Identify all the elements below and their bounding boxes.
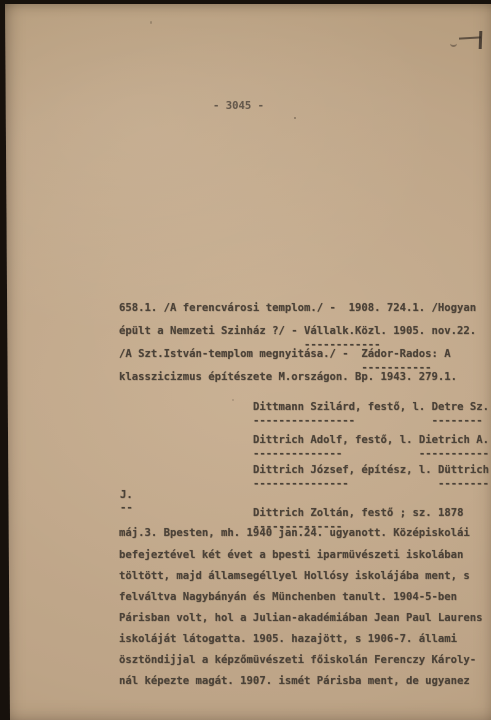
entry-heading-dittmann: Dittmann Szilárd, festő, l. Detre Sz.: [253, 401, 489, 414]
underline-row: --------------- --------: [253, 478, 489, 491]
paper-speck: [294, 117, 296, 119]
bibliography-line: épült a Nemzeti Szinház ?/ - Vállalk.Köz…: [119, 325, 476, 338]
biography-line: befejeztével két évet a bpesti iparmüvés…: [119, 549, 463, 562]
bibliography-line: 658.1. /A ferencvárosi templom./ - 1908.…: [119, 302, 476, 315]
biography-line: Párisban volt, hol a Julian-akadémiában …: [119, 612, 483, 625]
biography-line: ösztöndijjal a képzőmüvészeti főiskolán …: [119, 654, 476, 667]
biography-line: máj.3. Bpesten, mh. 1940 jan.24. ugyanot…: [119, 527, 470, 540]
pencil-squiggle: [450, 40, 457, 47]
paper-speck: [232, 399, 234, 401]
biography-line: iskoláját látogatta. 1905. hazajött, s 1…: [119, 633, 457, 646]
underline-row: --: [120, 502, 133, 515]
biography-line: nál képezte magát. 1907. ismét Párisba m…: [119, 675, 470, 688]
underline-row: -------------- -----------: [253, 448, 489, 461]
paper-speck: [150, 21, 152, 24]
bibliography-line: klasszicizmus építészete M.országon. Bp.…: [119, 371, 457, 384]
entry-continuation: J.: [120, 489, 133, 502]
pencil-mark-vertical: [479, 31, 483, 49]
biography-line: felváltva Nagybányán és Münchenben tanul…: [119, 591, 457, 604]
entry-heading-dittrich-zoltan: Dittrich Zoltán, festő ; sz. 1878: [253, 507, 463, 520]
underline-row: ---------------- --------: [253, 415, 483, 428]
scanned-document-page: - 3045 - 658.1. /A ferencvárosi templom.…: [0, 0, 491, 720]
entry-heading-dittrich-jozsef: Dittrich József, építész, l. Düttrich: [253, 464, 489, 477]
page-number: - 3045 -: [213, 100, 264, 113]
entry-heading-dittrich-adolf: Dittrich Adolf, festő, l. Dietrich A.: [253, 434, 489, 447]
bibliography-line: /A Szt.István-templom megnyitása./ - Zád…: [119, 348, 451, 361]
biography-line: töltött, majd államsegéllyel Hollósy isk…: [119, 570, 470, 583]
